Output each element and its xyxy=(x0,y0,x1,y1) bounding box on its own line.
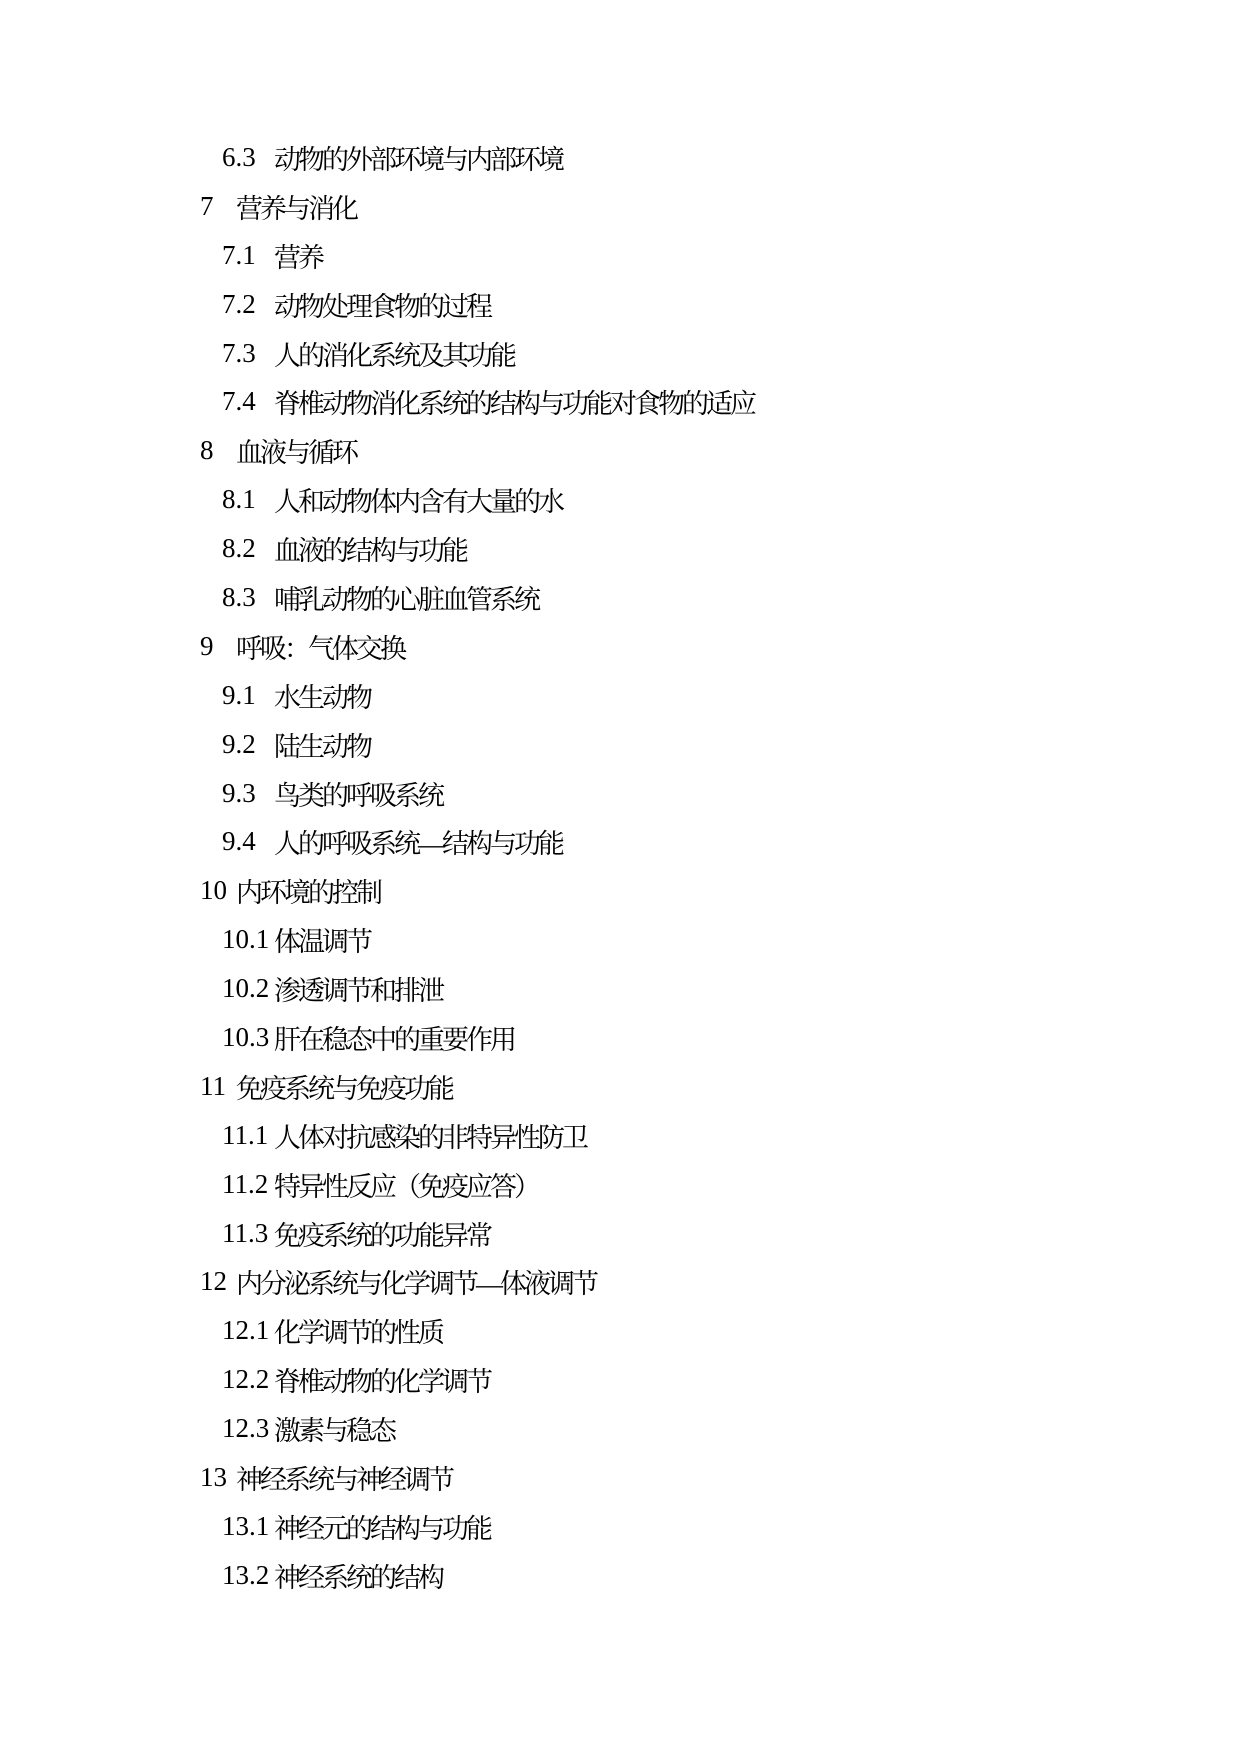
toc-item-number: 6.3 xyxy=(222,142,274,173)
toc-item-number: 10 xyxy=(200,875,236,906)
toc-item-title: 渗透调节和排泄 xyxy=(274,969,442,1008)
toc-item-number: 11.1 xyxy=(222,1120,274,1151)
toc-item-7.2: 7.2 动物处理食物的过程 xyxy=(0,280,1240,329)
toc-item-number: 13.2 xyxy=(222,1560,274,1591)
toc-item-title: 人的呼吸系统—结构与功能 xyxy=(274,822,562,861)
toc-item-title: 特异性反应（免疫应答） xyxy=(274,1165,538,1204)
toc-item-title: 动物的外部环境与内部环境 xyxy=(274,138,562,177)
toc-item-number: 9.3 xyxy=(222,778,274,809)
toc-item-8.3: 8.3 哺乳动物的心脏血管系统 xyxy=(0,573,1240,622)
toc-item-number: 10.1 xyxy=(222,924,274,955)
toc-item-title: 营养 xyxy=(274,236,322,275)
toc-item-number: 12.1 xyxy=(222,1315,274,1346)
toc-item-title: 肝在稳态中的重要作用 xyxy=(274,1018,514,1057)
toc-item-title: 内环境的控制 xyxy=(236,871,380,910)
toc-item-number: 8.1 xyxy=(222,484,274,515)
toc-item-title: 神经元的结构与功能 xyxy=(274,1507,490,1546)
toc-item-title: 神经系统的结构 xyxy=(274,1556,442,1595)
toc-item-number: 7.1 xyxy=(222,240,274,271)
toc-item-11.2: 11.2 特异性反应（免疫应答） xyxy=(0,1160,1240,1209)
toc-item-title: 人体对抗感染的非特异性防卫 xyxy=(274,1116,586,1155)
toc-item-10.1: 10.1 体温调节 xyxy=(0,915,1240,964)
toc-item-number: 7.3 xyxy=(222,338,274,369)
toc-item-10.3: 10.3 肝在稳态中的重要作用 xyxy=(0,1013,1240,1062)
toc-item-10: 10 内环境的控制 xyxy=(0,866,1240,915)
toc-item-7.4: 7.4 脊椎动物消化系统的结构与功能对食物的适应 xyxy=(0,377,1240,426)
toc-item-title: 神经系统与神经调节 xyxy=(236,1458,452,1497)
toc-item-11.3: 11.3 免疫系统的功能异常 xyxy=(0,1209,1240,1258)
toc-item-13.1: 13.1 神经元的结构与功能 xyxy=(0,1502,1240,1551)
toc-item-9: 9 呼吸：气体交换 xyxy=(0,622,1240,671)
toc-item-title: 化学调节的性质 xyxy=(274,1311,442,1350)
toc-item-title: 水生动物 xyxy=(274,676,370,715)
toc-item-title: 激素与稳态 xyxy=(274,1409,394,1448)
toc-item-number: 9.1 xyxy=(222,680,274,711)
toc-item-number: 10.2 xyxy=(222,973,274,1004)
toc-list: 6.3 动物的外部环境与内部环境 7 营养与消化 7.1 营养 7.2 动物处理… xyxy=(0,133,1240,1600)
toc-item-title: 免疫系统与免疫功能 xyxy=(236,1067,452,1106)
toc-item-12.3: 12.3 激素与稳态 xyxy=(0,1404,1240,1453)
toc-item-number: 11 xyxy=(200,1071,236,1102)
toc-item-7.1: 7.1 营养 xyxy=(0,231,1240,280)
toc-item-number: 12.3 xyxy=(222,1413,274,1444)
toc-item-number: 11.3 xyxy=(222,1218,274,1249)
toc-item-12.1: 12.1 化学调节的性质 xyxy=(0,1306,1240,1355)
toc-item-title: 脊椎动物的化学调节 xyxy=(274,1360,490,1399)
toc-item-number: 9.4 xyxy=(222,826,274,857)
toc-item-12.2: 12.2 脊椎动物的化学调节 xyxy=(0,1355,1240,1404)
toc-item-title: 血液与循环 xyxy=(236,431,356,470)
toc-item-number: 7 xyxy=(200,191,236,222)
toc-item-number: 8.2 xyxy=(222,533,274,564)
toc-item-number: 7.2 xyxy=(222,289,274,320)
toc-item-8: 8 血液与循环 xyxy=(0,426,1240,475)
toc-item-title: 脊椎动物消化系统的结构与功能对食物的适应 xyxy=(274,382,754,421)
toc-item-title: 内分泌系统与化学调节—体液调节 xyxy=(236,1262,596,1301)
toc-item-9.1: 9.1 水生动物 xyxy=(0,671,1240,720)
toc-item-11: 11 免疫系统与免疫功能 xyxy=(0,1062,1240,1111)
toc-item-11.1: 11.1 人体对抗感染的非特异性防卫 xyxy=(0,1111,1240,1160)
toc-item-9.4: 9.4 人的呼吸系统—结构与功能 xyxy=(0,817,1240,866)
toc-item-title: 呼吸：气体交换 xyxy=(236,627,404,666)
toc-item-number: 11.2 xyxy=(222,1169,274,1200)
toc-item-9.3: 9.3 鸟类的呼吸系统 xyxy=(0,769,1240,818)
toc-item-title: 体温调节 xyxy=(274,920,370,959)
toc-item-8.2: 8.2 血液的结构与功能 xyxy=(0,524,1240,573)
toc-item-6.3: 6.3 动物的外部环境与内部环境 xyxy=(0,133,1240,182)
toc-item-title: 哺乳动物的心脏血管系统 xyxy=(274,578,538,617)
toc-item-number: 8 xyxy=(200,435,236,466)
toc-item-9.2: 9.2 陆生动物 xyxy=(0,720,1240,769)
toc-item-title: 血液的结构与功能 xyxy=(274,529,466,568)
toc-item-number: 9.2 xyxy=(222,729,274,760)
toc-item-7.3: 7.3 人的消化系统及其功能 xyxy=(0,329,1240,378)
toc-item-10.2: 10.2 渗透调节和排泄 xyxy=(0,964,1240,1013)
toc-item-8.1: 8.1 人和动物体内含有大量的水 xyxy=(0,475,1240,524)
toc-item-number: 8.3 xyxy=(222,582,274,613)
toc-item-number: 12 xyxy=(200,1266,236,1297)
toc-item-title: 人的消化系统及其功能 xyxy=(274,334,514,373)
toc-item-title: 陆生动物 xyxy=(274,725,370,764)
toc-item-title: 营养与消化 xyxy=(236,187,356,226)
toc-item-number: 9 xyxy=(200,631,236,662)
toc-item-number: 13 xyxy=(200,1462,236,1493)
toc-item-title: 鸟类的呼吸系统 xyxy=(274,774,442,813)
toc-item-title: 人和动物体内含有大量的水 xyxy=(274,480,562,519)
toc-item-number: 10.3 xyxy=(222,1022,274,1053)
toc-item-number: 13.1 xyxy=(222,1511,274,1542)
toc-item-7: 7 营养与消化 xyxy=(0,182,1240,231)
toc-item-number: 12.2 xyxy=(222,1364,274,1395)
toc-item-13.2: 13.2 神经系统的结构 xyxy=(0,1551,1240,1600)
toc-item-13: 13 神经系统与神经调节 xyxy=(0,1453,1240,1502)
toc-item-title: 免疫系统的功能异常 xyxy=(274,1214,490,1253)
document-page: 6.3 动物的外部环境与内部环境 7 营养与消化 7.1 营养 7.2 动物处理… xyxy=(0,0,1240,1754)
toc-item-12: 12 内分泌系统与化学调节—体液调节 xyxy=(0,1257,1240,1306)
toc-item-title: 动物处理食物的过程 xyxy=(274,285,490,324)
toc-item-number: 7.4 xyxy=(222,386,274,417)
